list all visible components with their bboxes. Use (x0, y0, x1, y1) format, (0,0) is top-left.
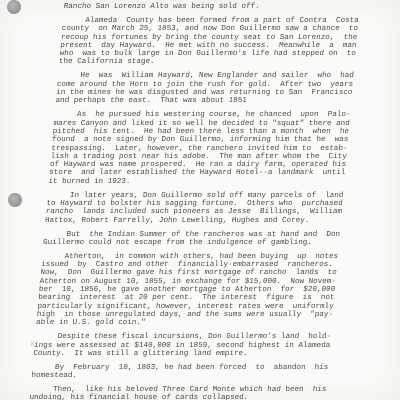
binder-hole-middle-icon (8, 193, 22, 207)
paragraph-indian-summer: But the Indian Summer of the rancheros w… (43, 231, 356, 248)
paragraph-atherton-mortgages: Atherton, in common with others, had bee… (36, 253, 355, 328)
paragraph-palomares-canyon: As he pursued his westering course, he c… (48, 111, 367, 186)
binder-hole-top-icon (7, 0, 21, 14)
paragraph-land-parcels: In later years, Don Guillermo sold off m… (45, 192, 360, 225)
paragraph-william-hayward: He was William Hayward, New Englander an… (55, 72, 370, 105)
paragraph-homestead: By February 10, 1863, he had been forced… (31, 364, 344, 381)
paragraph-house-of-cards: Then, like his beloved Three Card Monte … (29, 386, 342, 400)
document-text: Rancho San Lorenzo Alto was being sold o… (29, 3, 376, 400)
scanned-document-page: x Rancho San Lorenzo Alto was being sold… (0, 0, 400, 400)
paragraph-land-holdings: Despite these fiscal incursions, Don Gui… (33, 333, 347, 358)
paragraph-continuation: Rancho San Lorenzo Alto was being sold o… (63, 3, 376, 11)
paragraph-alameda-county: Alameda County has been formed from a pa… (58, 17, 374, 67)
